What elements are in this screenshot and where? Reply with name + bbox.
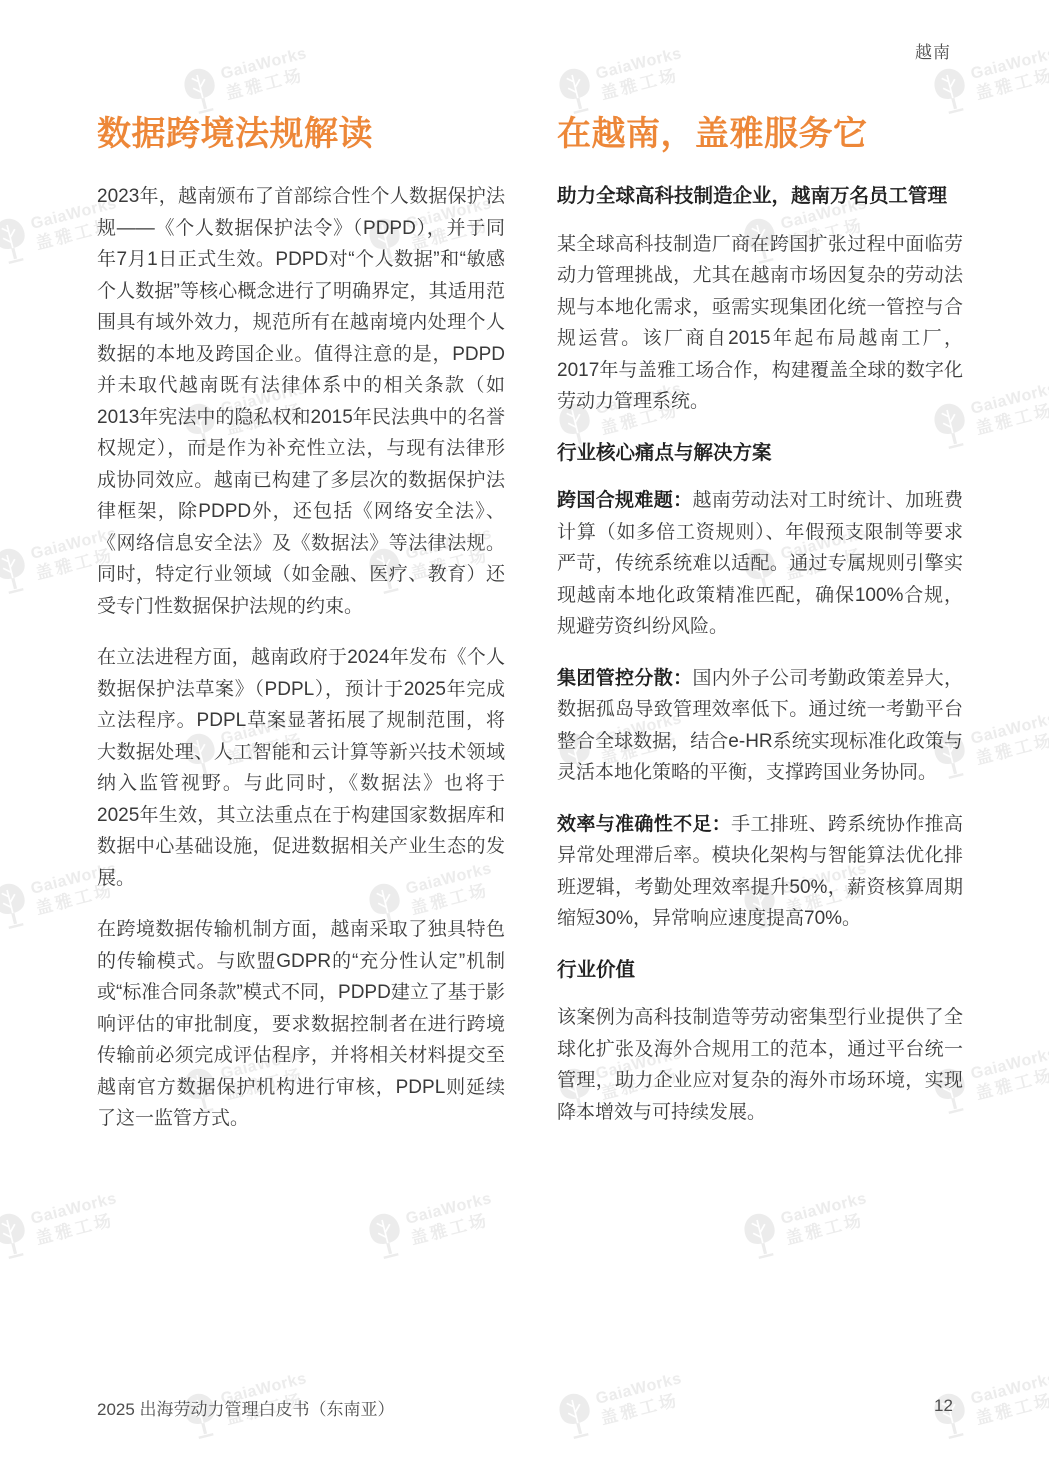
- body-paragraph: 在立法进程方面，越南政府于2024年发布《个人数据保护法草案》（PDPL），预计…: [97, 642, 505, 894]
- paragraph-text: 越南劳动法对工时统计、加班费计算（如多倍工资规则）、年假预支限制等要求严苛，传统…: [557, 490, 963, 637]
- value-subhead: 行业价值: [557, 955, 963, 987]
- right-section-heading: 在越南，盖雅服务它: [557, 114, 963, 154]
- painpoint-paragraph: 集团管控分散：国内外子公司考勤政策差异大，数据孤岛导致管理效率低下。通过统一考勤…: [557, 663, 963, 789]
- body-paragraph: 在跨境数据传输机制方面，越南采取了独具特色的传输模式。与欧盟GDPR的“充分性认…: [97, 914, 505, 1135]
- left-column: 数据跨境法规解读 2023年，越南颁布了首部综合性个人数据保护法规——《个人数据…: [97, 114, 505, 1155]
- case-subhead: 助力全球高科技制造企业，越南万名员工管理: [557, 181, 963, 213]
- paragraph-text: 某全球高科技制造厂商在跨国扩张过程中面临劳动力管理挑战，尤其在越南市场因复杂的劳…: [557, 234, 963, 413]
- footer-title: 2025 出海劳动力管理白皮书（东南亚）: [97, 1395, 395, 1420]
- value-paragraph: 该案例为高科技制造等劳动密集型行业提供了全球化扩张及海外合规用工的范本，通过平台…: [557, 1002, 963, 1128]
- header-region-label: 越南: [915, 38, 951, 63]
- left-section-heading: 数据跨境法规解读: [97, 114, 505, 154]
- painpoints-subhead: 行业核心痛点与解决方案: [557, 438, 963, 470]
- right-column: 在越南，盖雅服务它 助力全球高科技制造企业，越南万名员工管理 某全球高科技制造厂…: [557, 114, 963, 1148]
- document-page: GaiaWorks盖雅工场GaiaWorks盖雅工场GaiaWorks盖雅工场G…: [0, 0, 1049, 1474]
- painpoint-label: 集团管控分散：: [557, 668, 692, 689]
- paragraph-text: 该案例为高科技制造等劳动密集型行业提供了全球化扩张及海外合规用工的范本，通过平台…: [557, 1007, 963, 1123]
- painpoint-label: 效率与准确性不足：: [557, 814, 731, 835]
- body-paragraph: 2023年，越南颁布了首部综合性个人数据保护法规——《个人数据保护法令》（PDP…: [97, 181, 505, 622]
- painpoint-label: 跨国合规难题：: [557, 490, 692, 511]
- painpoint-paragraph: 跨国合规难题：越南劳动法对工时统计、加班费计算（如多倍工资规则）、年假预支限制等…: [557, 485, 963, 643]
- page-content: 越南 数据跨境法规解读 2023年，越南颁布了首部综合性个人数据保护法规——《个…: [0, 0, 1049, 1474]
- case-paragraph: 某全球高科技制造厂商在跨国扩张过程中面临劳动力管理挑战，尤其在越南市场因复杂的劳…: [557, 229, 963, 418]
- page-number: 12: [934, 1396, 953, 1416]
- painpoint-paragraph: 效率与准确性不足：手工排班、跨系统协作推高异常处理滞后率。模块化架构与智能算法优…: [557, 809, 963, 935]
